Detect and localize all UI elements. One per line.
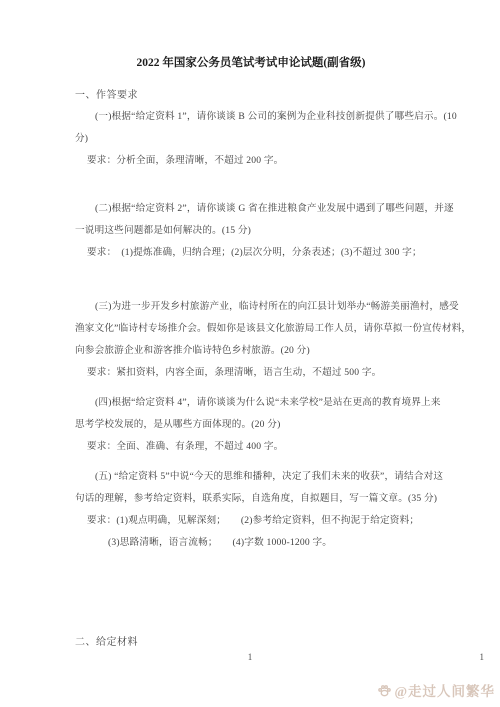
question-block: (三)为进一步开发乡村旅游产业，临诗村所在的向江县计划举办“畅游美丽渔村，感受渔…	[75, 296, 427, 384]
question-requirement-line: 要求：全面、准确、有条理，不超过 400 字。	[75, 436, 427, 458]
question-requirement-line: 要求：(1)观点明确，见解深刻； (2)参考给定资料，但不拘泥于给定资料；	[75, 510, 427, 532]
document-body: 2022 年国家公务员笔试考试申论试题(副省级) 一、作答要求 (一)根据“给定…	[75, 0, 427, 654]
question-requirement-line: 要求：紧扣资料，内容全面，条理清晰，语言生动，不超过 500 字。	[75, 362, 427, 384]
section-heading-answer-requirements: 一、作答要求	[75, 86, 427, 106]
questions-container: (一)根据“给定资料 1”，请你谈谈 B 公司的案例为企业科技创新提供了哪些启示…	[75, 106, 427, 554]
question-requirement-line: 要求： (1)提炼准确，归纳合理；(2)层次分明，分条表述；(3)不超过 300…	[75, 242, 427, 264]
question-text-line: 思考学校发展的，是从哪些方面体现的。(20 分)	[75, 414, 427, 436]
question-text-line: (四)根据“给定资料 4”，请你谈谈为什么说“未来学校”是站在更高的教育境界上来	[75, 392, 427, 414]
question-text-line: 分)	[75, 128, 427, 150]
watermark-text: @走过人间繁华	[394, 680, 495, 700]
question-text-line: 向参会旅游企业和游客推介临诗特色乡村旅游。(20 分)	[75, 340, 427, 362]
question-block: (四)根据“给定资料 4”，请你谈谈为什么说“未来学校”是站在更高的教育境界上来…	[75, 392, 427, 458]
question-requirement-line: 要求：分析全面，条理清晰，不超过 200 字。	[75, 150, 427, 172]
document-page: { "doc": { "title": "2022 年国家公务员笔试考试申论试题…	[0, 0, 500, 707]
page-number-right: 1	[480, 652, 485, 662]
paw-icon	[377, 683, 392, 698]
question-text-line: 句话的理解，参考给定资料，联系实际，自选角度，自拟题目，写一篇文章。(35 分)	[75, 488, 427, 510]
question-text-line: (五) “给定资料 5”中说“今天的思维和播种，决定了我们未来的收获”，请结合对…	[75, 466, 427, 488]
watermark: @走过人间繁华	[377, 680, 495, 700]
question-text-line: (一)根据“给定资料 1”，请你谈谈 B 公司的案例为企业科技创新提供了哪些启示…	[75, 106, 427, 128]
question-block: (五) “给定资料 5”中说“今天的思维和播种，决定了我们未来的收获”，请结合对…	[75, 466, 427, 554]
question-text-line: (二)根据“给定资料 2”，请你谈谈 G 省在推进粮食产业发展中遇到了哪些问题，…	[75, 198, 427, 220]
question-text-line: 一说明这些问题都是如何解决的。(15 分)	[75, 220, 427, 242]
page-title: 2022 年国家公务员笔试考试申论试题(副省级)	[75, 54, 427, 72]
question-block: (一)根据“给定资料 1”，请你谈谈 B 公司的案例为企业科技创新提供了哪些启示…	[75, 106, 427, 172]
page-number-center: 1	[0, 652, 500, 662]
question-text-line: 渔家文化”临诗村专场推介会。假如你是该县文化旅游局工作人员，请你草拟一份宣传材料…	[75, 318, 427, 340]
question-text-line: (三)为进一步开发乡村旅游产业，临诗村所在的向江县计划举办“畅游美丽渔村，感受	[75, 296, 427, 318]
question-requirement-line: (3)思路清晰，语言流畅； (4)字数 1000-1200 字。	[75, 532, 427, 554]
question-block: (二)根据“给定资料 2”，请你谈谈 G 省在推进粮食产业发展中遇到了哪些问题，…	[75, 198, 427, 264]
section-heading-given-materials: 二、给定材料	[75, 632, 427, 654]
